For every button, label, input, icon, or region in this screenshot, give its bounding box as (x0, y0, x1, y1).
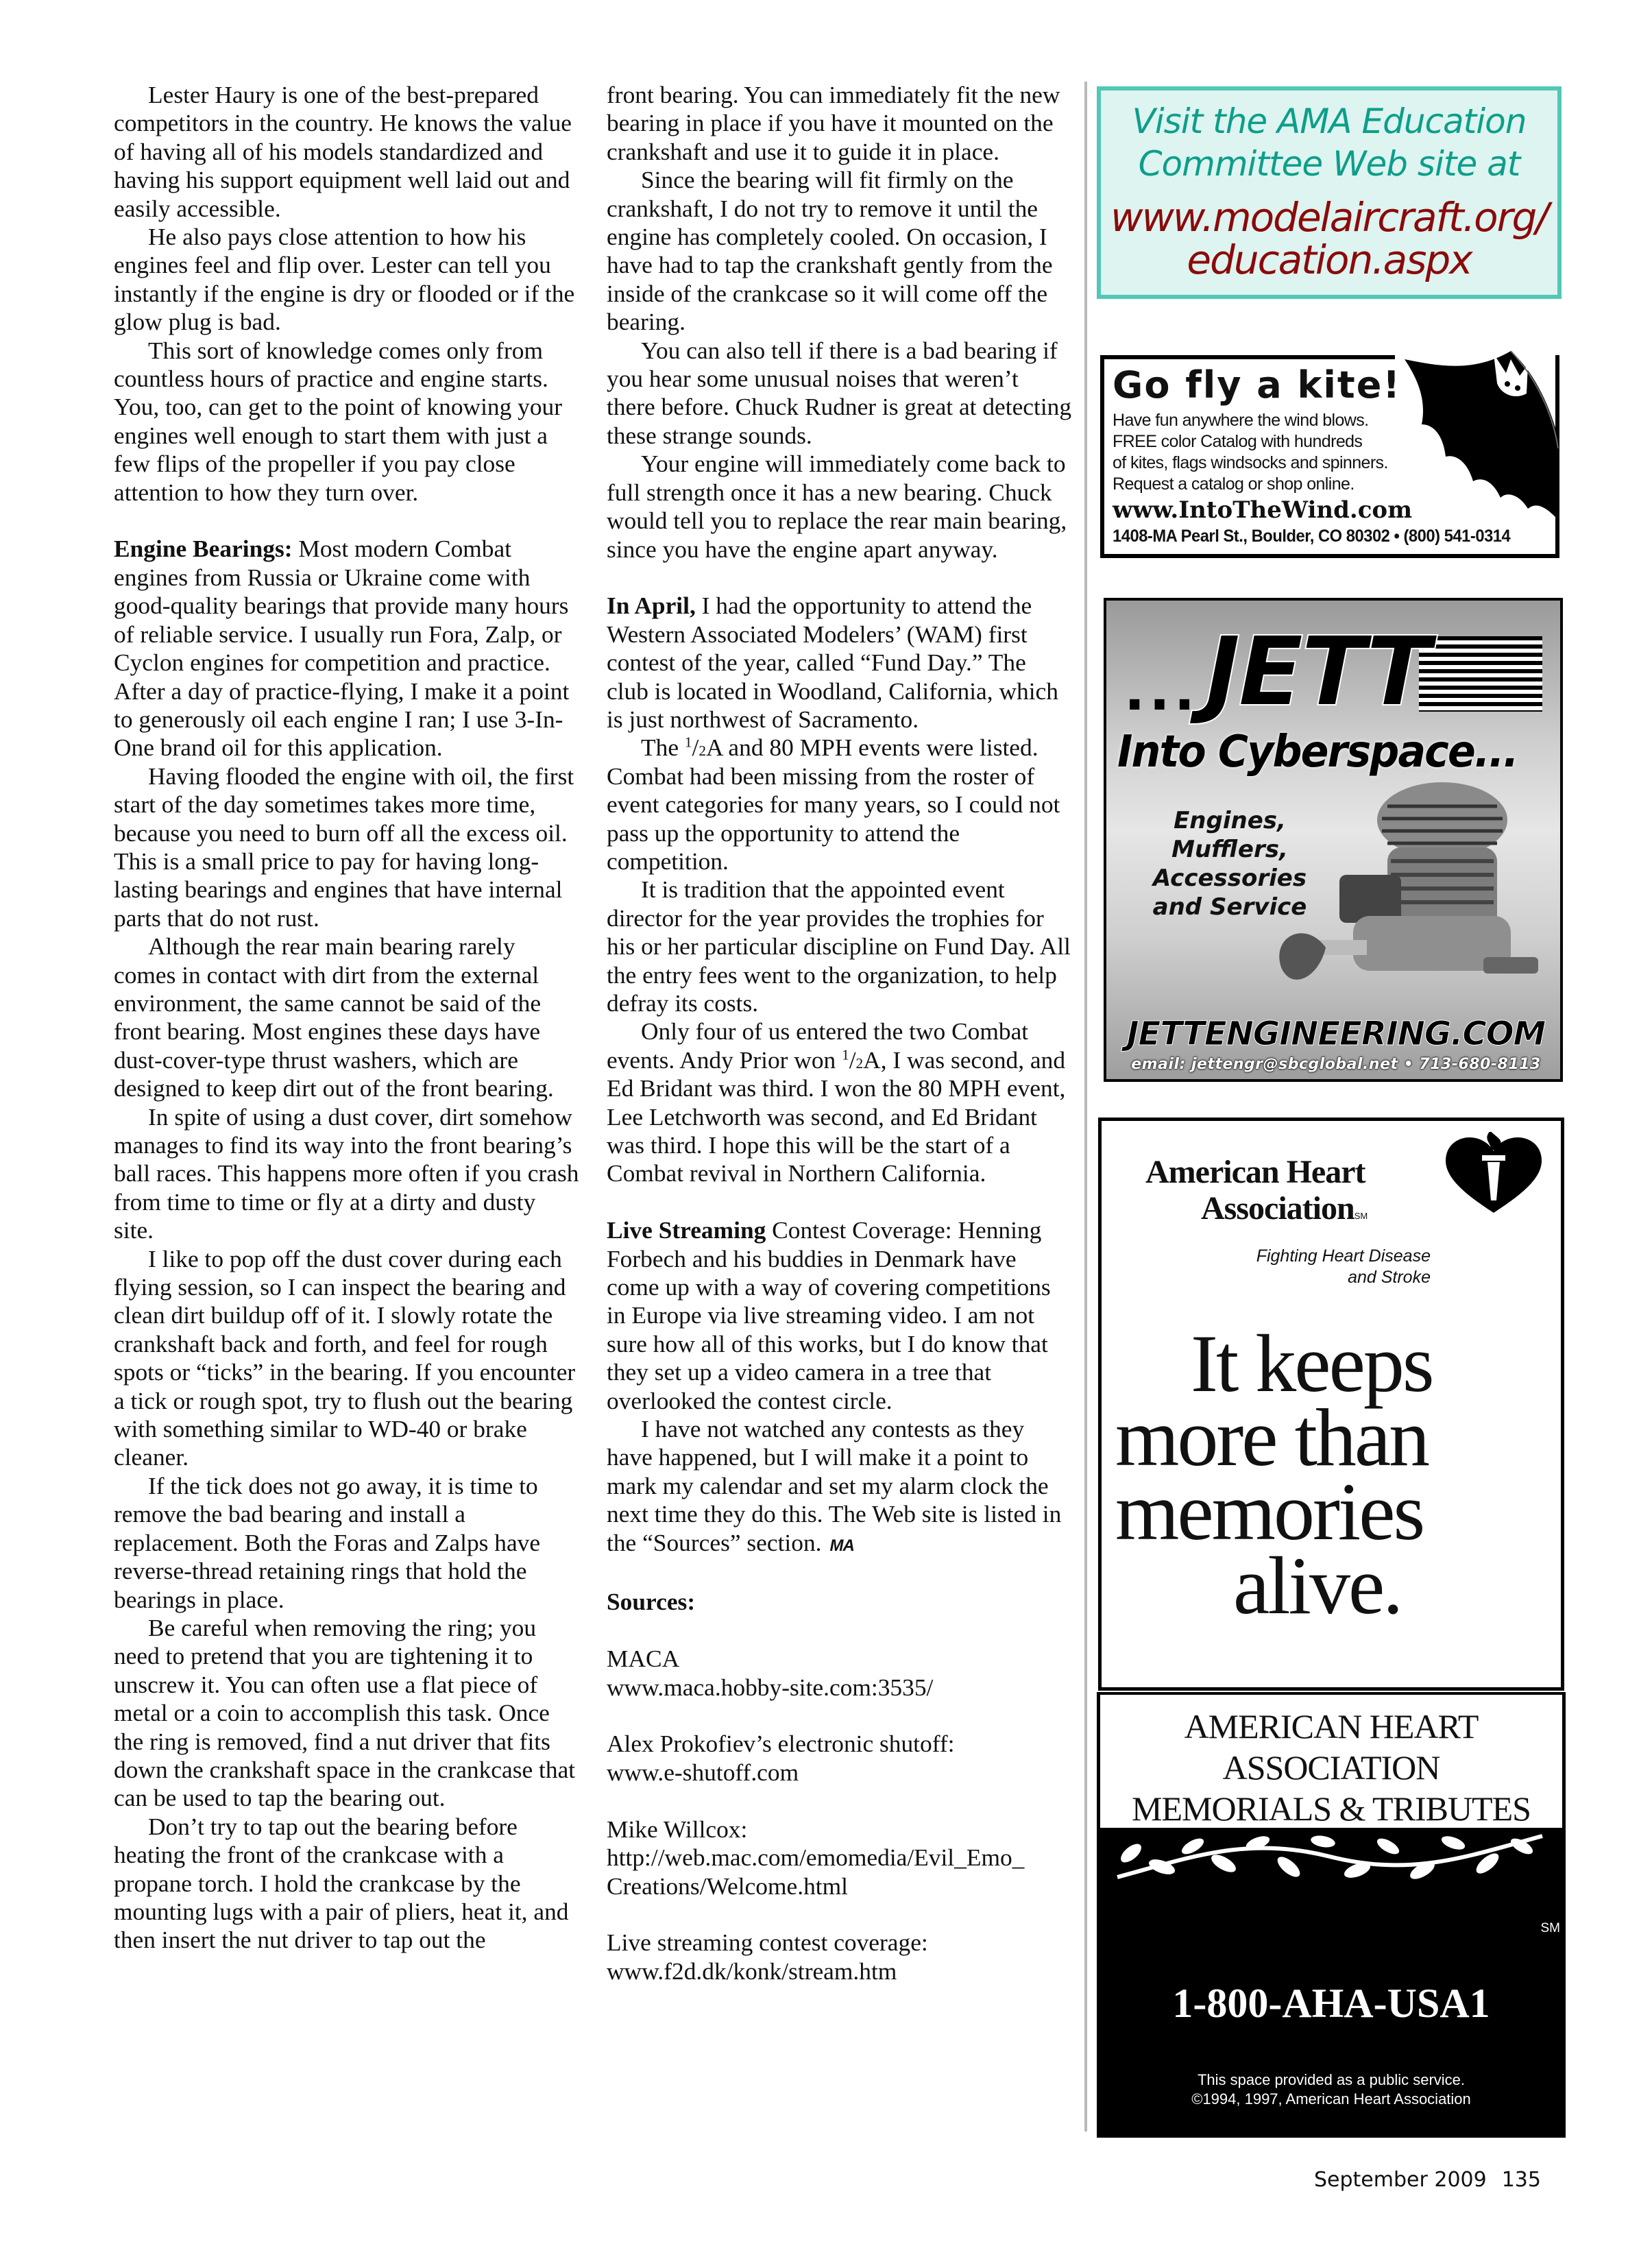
kite-ad-body-line: of kites, flags windsocks and spinners. (1113, 452, 1469, 474)
paragraph: Having flooded the engine with oil, the … (114, 762, 580, 932)
source-name: Alex Prokofiev’s electronic shutoff: (607, 1730, 1073, 1758)
aha-phone-number: 1-800-AHA-USA1 (1097, 1980, 1566, 2027)
kite-ad-address: 1408-MA Pearl St., Boulder, CO 80302 • (… (1113, 527, 1510, 546)
aha-headline-line: memories (1115, 1475, 1499, 1549)
article-middle-column: front bearing. You can immediately fit t… (607, 81, 1073, 1985)
ama-ad-url-part2[interactable]: education.aspx (1101, 239, 1557, 281)
into-the-wind-kite-ad[interactable]: Go fly a kite! Have fun anywhere the win… (1100, 355, 1559, 558)
paragraph: You can also tell if there is a bad bear… (607, 337, 1073, 450)
aha-memorials-title-line: ASSOCIATION (1100, 1747, 1562, 1788)
source-url[interactable]: www.maca.hobby-site.com:3535/ (607, 1674, 1073, 1702)
source-url[interactable]: http://web.mac.com/emomedia/Evil_Emo_ Cr… (607, 1844, 1073, 1900)
source-item: MACA www.maca.hobby-site.com:3535/ (607, 1645, 1073, 1702)
aha-memorials-title-line: MEMORIALS & TRIBUTES (1100, 1788, 1562, 1829)
paragraph-text: This sort of knowledge comes only from c… (114, 337, 562, 506)
aha-memorials-ad: AMERICAN HEART ASSOCIATION MEMORIALS & T… (1097, 1692, 1566, 2138)
aha-tagline: Fighting Heart Disease and Stroke (1184, 1246, 1431, 1288)
article-left-column: Lester Haury is one of the best-prepared… (114, 81, 580, 1955)
leaf-vine-ornament-icon (1110, 1829, 1549, 1884)
jett-logo-dots: ... (1124, 664, 1199, 719)
fraction-numerator: 1 (685, 734, 692, 751)
fraction-denominator: 2 (699, 742, 706, 759)
paragraph-results: Only four of us entered the two Combat e… (607, 1017, 1073, 1187)
paragraph: Since the bearing will fit firmly on the… (607, 166, 1073, 336)
jett-logo: ... JETT (1124, 621, 1549, 724)
spacer (114, 507, 580, 535)
aha-headline-line: alive. (1115, 1549, 1499, 1623)
aha-note-line: This space provided as a public service. (1097, 2070, 1566, 2090)
fraction-denominator: 2 (856, 1055, 864, 1072)
aha-name-line2: AssociationSM (1201, 1190, 1368, 1235)
aha-name-text: Association (1201, 1190, 1355, 1227)
paragraph: Your engine will immediately come back t… (607, 450, 1073, 564)
jett-tagline: Into Cyberspace... (1117, 727, 1530, 777)
paragraph-text: He also pays close attention to how his … (114, 223, 574, 335)
paragraph-text: Although the rear main bearing rarely co… (114, 932, 554, 1102)
paragraph: Don’t try to tap out the bearing before … (114, 1813, 580, 1955)
paragraph: It is tradition that the appointed event… (607, 876, 1073, 1017)
spacer (607, 1560, 1073, 1588)
section-lead-in-april: In April, (607, 592, 696, 619)
source-url[interactable]: www.f2d.dk/konk/stream.htm (607, 1957, 1073, 1985)
kite-ad-url[interactable]: www.IntoTheWind.com (1113, 496, 1412, 524)
paragraph: Although the rear main bearing rarely co… (114, 932, 580, 1102)
source-item: Alex Prokofiev’s electronic shutoff: www… (607, 1730, 1073, 1787)
service-mark: SM (1541, 1921, 1561, 1936)
aha-headline-line: more than (1115, 1401, 1499, 1475)
aha-public-service-note: This space provided as a public service.… (1097, 2070, 1566, 2109)
paragraph-text: Having flooded the engine with oil, the … (114, 762, 574, 932)
heart-torch-icon (1442, 1132, 1545, 1214)
paragraph-text: Lester Haury is one of the best-prepared… (114, 81, 572, 222)
paragraph-live-streaming: Live Streaming Contest Coverage: Henning… (607, 1216, 1073, 1415)
jett-logo-stripes (1419, 636, 1542, 712)
spacer (607, 564, 1073, 592)
text: The (641, 734, 685, 761)
spacer (607, 1617, 1073, 1645)
aha-tagline-line: and Stroke (1184, 1267, 1431, 1288)
source-item: Live streaming contest coverage: www.f2d… (607, 1929, 1073, 1985)
kite-ad-body-line: Have fun anywhere the wind blows. (1113, 410, 1469, 431)
aha-copyright-line: ©1994, 1997, American Heart Association (1097, 2090, 1566, 2109)
fraction-half: 1/2 (842, 1046, 863, 1074)
paragraph-text: Contest Coverage: Henning Forbech and hi… (607, 1216, 1051, 1414)
aha-name-line1: American Heart (1145, 1155, 1365, 1190)
issue-date: September 2009 (1314, 2168, 1487, 2192)
page-footer: September 2009135 (1314, 2168, 1541, 2192)
paragraph-text: I like to pop off the dust cover during … (114, 1245, 575, 1471)
ama-ad-line2: Committee Web site at (1101, 143, 1557, 185)
aha-memorials-title: AMERICAN HEART ASSOCIATION MEMORIALS & T… (1100, 1695, 1562, 1828)
aha-memorials-title-line: AMERICAN HEART (1100, 1706, 1562, 1747)
paragraph-text: If the tick does not go away, it is time… (114, 1472, 540, 1613)
kite-ad-title: Go fly a kite! (1113, 365, 1401, 406)
aha-tagline-line: Fighting Heart Disease (1184, 1246, 1431, 1267)
paragraph: Be careful when removing the ring; you n… (114, 1614, 580, 1813)
paragraph-events: The 1/2A and 80 MPH events were listed. … (607, 734, 1073, 876)
section-lead-live-streaming: Live Streaming (607, 1216, 766, 1244)
paragraph-text: Don’t try to tap out the bearing before … (114, 1813, 568, 1954)
paragraph-text: Most modern Combat engines from Russia o… (114, 535, 569, 761)
ama-ad-line1: Visit the AMA Education (1101, 100, 1557, 143)
section-lead-engine-bearings: Engine Bearings: (114, 535, 293, 562)
kite-ad-body-line: FREE color Catalog with hundreds (1113, 431, 1469, 452)
paragraph: If the tick does not go away, it is time… (114, 1472, 580, 1614)
paragraph: In spite of using a dust cover, dirt som… (114, 1103, 580, 1245)
kite-ad-body-line: Request a catalog or shop online. (1113, 474, 1469, 495)
jett-website[interactable]: JETTENGINEERING.COM (1113, 1015, 1559, 1053)
paragraph-text: In spite of using a dust cover, dirt som… (114, 1103, 579, 1244)
paragraph: Lester Haury is one of the best-prepared… (114, 81, 580, 223)
sources-heading: Sources: (607, 1588, 1073, 1616)
kite-ad-body: Have fun anywhere the wind blows. FREE c… (1113, 410, 1469, 495)
jett-engineering-ad[interactable]: ... JETT Into Cyberspace... Engines, Muf… (1104, 598, 1563, 1082)
service-mark: SM (1355, 1211, 1368, 1221)
paragraph-in-april: In April, I had the opportunity to atten… (607, 592, 1073, 734)
spacer (607, 1900, 1073, 1929)
source-name: Mike Willcox: (607, 1815, 1073, 1844)
kite-ad-top-border (1100, 355, 1395, 359)
jett-logo-word: JETT (1205, 621, 1429, 724)
paragraph: front bearing. You can immediately fit t… (607, 81, 1073, 166)
paragraph-text: Be careful when removing the ring; you n… (114, 1614, 575, 1811)
paragraph: I like to pop off the dust cover during … (114, 1245, 580, 1472)
source-url[interactable]: www.e-shutoff.com (607, 1759, 1073, 1787)
jett-contact: email: jettengr@sbcglobal.net • 713-680-… (1113, 1056, 1559, 1073)
page-number: 135 (1502, 2168, 1541, 2192)
american-heart-association-ad: American Heart AssociationSM Fighting He… (1098, 1118, 1564, 1691)
paragraph-engine-bearings: Engine Bearings: Most modern Combat engi… (114, 535, 580, 762)
source-name: Live streaming contest coverage: (607, 1929, 1073, 1957)
source-name: MACA (607, 1645, 1073, 1673)
spacer (607, 1787, 1073, 1815)
fraction-half: 1/2 (685, 734, 706, 761)
ama-education-ad[interactable]: Visit the AMA Education Committee Web si… (1097, 86, 1562, 299)
model-engine-icon (1278, 772, 1552, 1005)
spacer (607, 1702, 1073, 1730)
aha-headline: It keeps more than memories alive. (1115, 1327, 1499, 1623)
source-item: Mike Willcox: http://web.mac.com/emomedi… (607, 1815, 1073, 1900)
end-mark: MA (830, 1536, 854, 1555)
spacer (607, 1188, 1073, 1216)
paragraph-closing: I have not watched any contests as they … (607, 1415, 1073, 1560)
fraction-numerator: 1 (842, 1046, 849, 1063)
column-divider (1084, 82, 1087, 2132)
paragraph: He also pays close attention to how his … (114, 223, 580, 337)
text: I have not watched any contests as they … (607, 1415, 1061, 1556)
aha-headline-line: It keeps (1115, 1327, 1499, 1401)
ama-ad-url-part1[interactable]: www.modelaircraft.org/ (1101, 196, 1557, 239)
paragraph: This sort of knowledge comes only from c… (114, 337, 580, 507)
